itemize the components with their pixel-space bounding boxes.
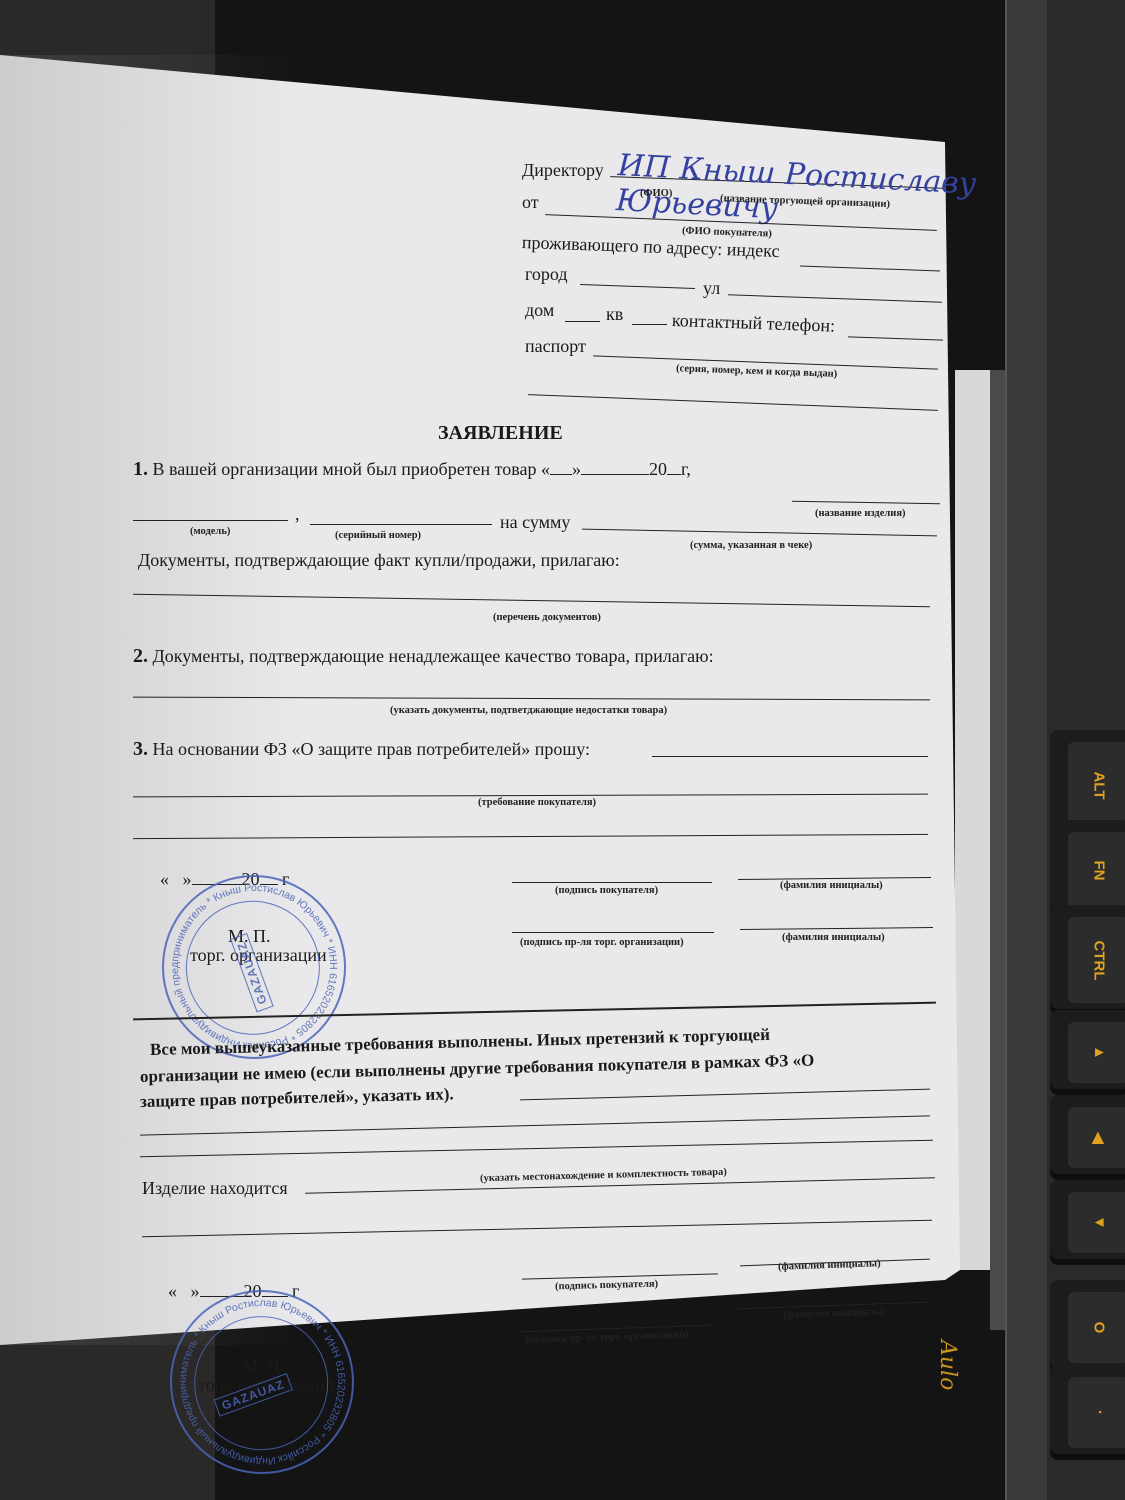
key-arrow-down: ▼ [1050, 1180, 1125, 1265]
city-label: город [525, 264, 568, 285]
section2-text: 2. Документы, подтверждающие ненадлежаще… [133, 645, 714, 668]
fio-hint: (ФИО) [640, 188, 672, 199]
section1-docs-text: Документы, подтверждающие факт купли/про… [138, 550, 620, 571]
serial-hint: (серийный номер) [335, 530, 421, 541]
dot-icon: · [1091, 1410, 1108, 1415]
apt-field[interactable] [632, 324, 667, 325]
key-ctrl: CTRL [1050, 905, 1125, 1015]
document-title: ЗАЯВЛЕНИЕ [438, 422, 563, 445]
sig1-org-name-hint: (фамилия инициалы) [782, 932, 885, 943]
arrow-up-icon: ▲ [1090, 1045, 1107, 1060]
house-label: дом [525, 300, 554, 321]
section3-text: 3. На основании ФЗ «О защите прав потреб… [133, 738, 590, 761]
apt-label: кв [606, 304, 623, 325]
house-field[interactable] [565, 321, 600, 322]
key-label: ALT [1090, 771, 1107, 799]
arrow-down-icon: ▼ [1090, 1215, 1107, 1230]
street-label: ул [703, 278, 720, 299]
director-label: Директору [522, 160, 604, 181]
purchase-month-field[interactable] [581, 458, 649, 475]
document-paper [0, 55, 960, 1345]
section1-docs-hint: (перечень документов) [493, 612, 601, 623]
sig1-buyer-signature-field[interactable] [512, 882, 712, 883]
section1-number: 1. [133, 458, 148, 480]
key-label: FN [1091, 860, 1108, 880]
item-location-label: Изделие находится [142, 1178, 288, 1199]
section2-number: 2. [133, 645, 148, 667]
section3-request-field[interactable] [652, 756, 928, 757]
sig1-buyer-sign-hint: (подпись покупателя) [555, 885, 658, 896]
key-label: CTRL [1091, 940, 1108, 980]
section3-number: 3. [133, 738, 148, 760]
from-label: от [522, 192, 539, 213]
seal-stamp-2: Индивидуальный предприниматель * Кныш Ро… [155, 1275, 368, 1488]
product-hint: (название изделия) [815, 508, 906, 519]
purchase-year-field[interactable] [667, 458, 681, 475]
key-arrow-left: ◀ [1050, 1095, 1125, 1180]
key-arrow-up: ▲ [1050, 1010, 1125, 1095]
serial-field[interactable] [310, 524, 492, 525]
keyboard-brand-logo: Aulo [935, 1340, 960, 1390]
model-field[interactable] [133, 520, 288, 521]
section1-text: 1. В вашей организации мной был приобрет… [133, 458, 691, 481]
purchase-day-field[interactable] [550, 458, 572, 475]
key-dot: · [1050, 1365, 1125, 1460]
model-hint: (модель) [190, 526, 230, 537]
sig1-org-sign-hint: (подпись пр-ля торг. организации) [520, 937, 684, 948]
key-circle: O [1050, 1280, 1125, 1375]
sum-label: на сумму [500, 512, 570, 533]
sig1-buyer-name-hint: (фамилия инициалы) [780, 880, 883, 891]
passport-label: паспорт [525, 336, 586, 357]
sum-hint: (сумма, указанная в чеке) [690, 540, 812, 551]
section3-hint: (требование покупателя) [478, 797, 596, 808]
circle-icon: O [1090, 1322, 1107, 1334]
sig1-org-signature-field[interactable] [512, 932, 714, 933]
section2-hint: (указать документы, подтветджающие недос… [390, 705, 667, 716]
arrow-left-icon: ◀ [1090, 1132, 1108, 1144]
